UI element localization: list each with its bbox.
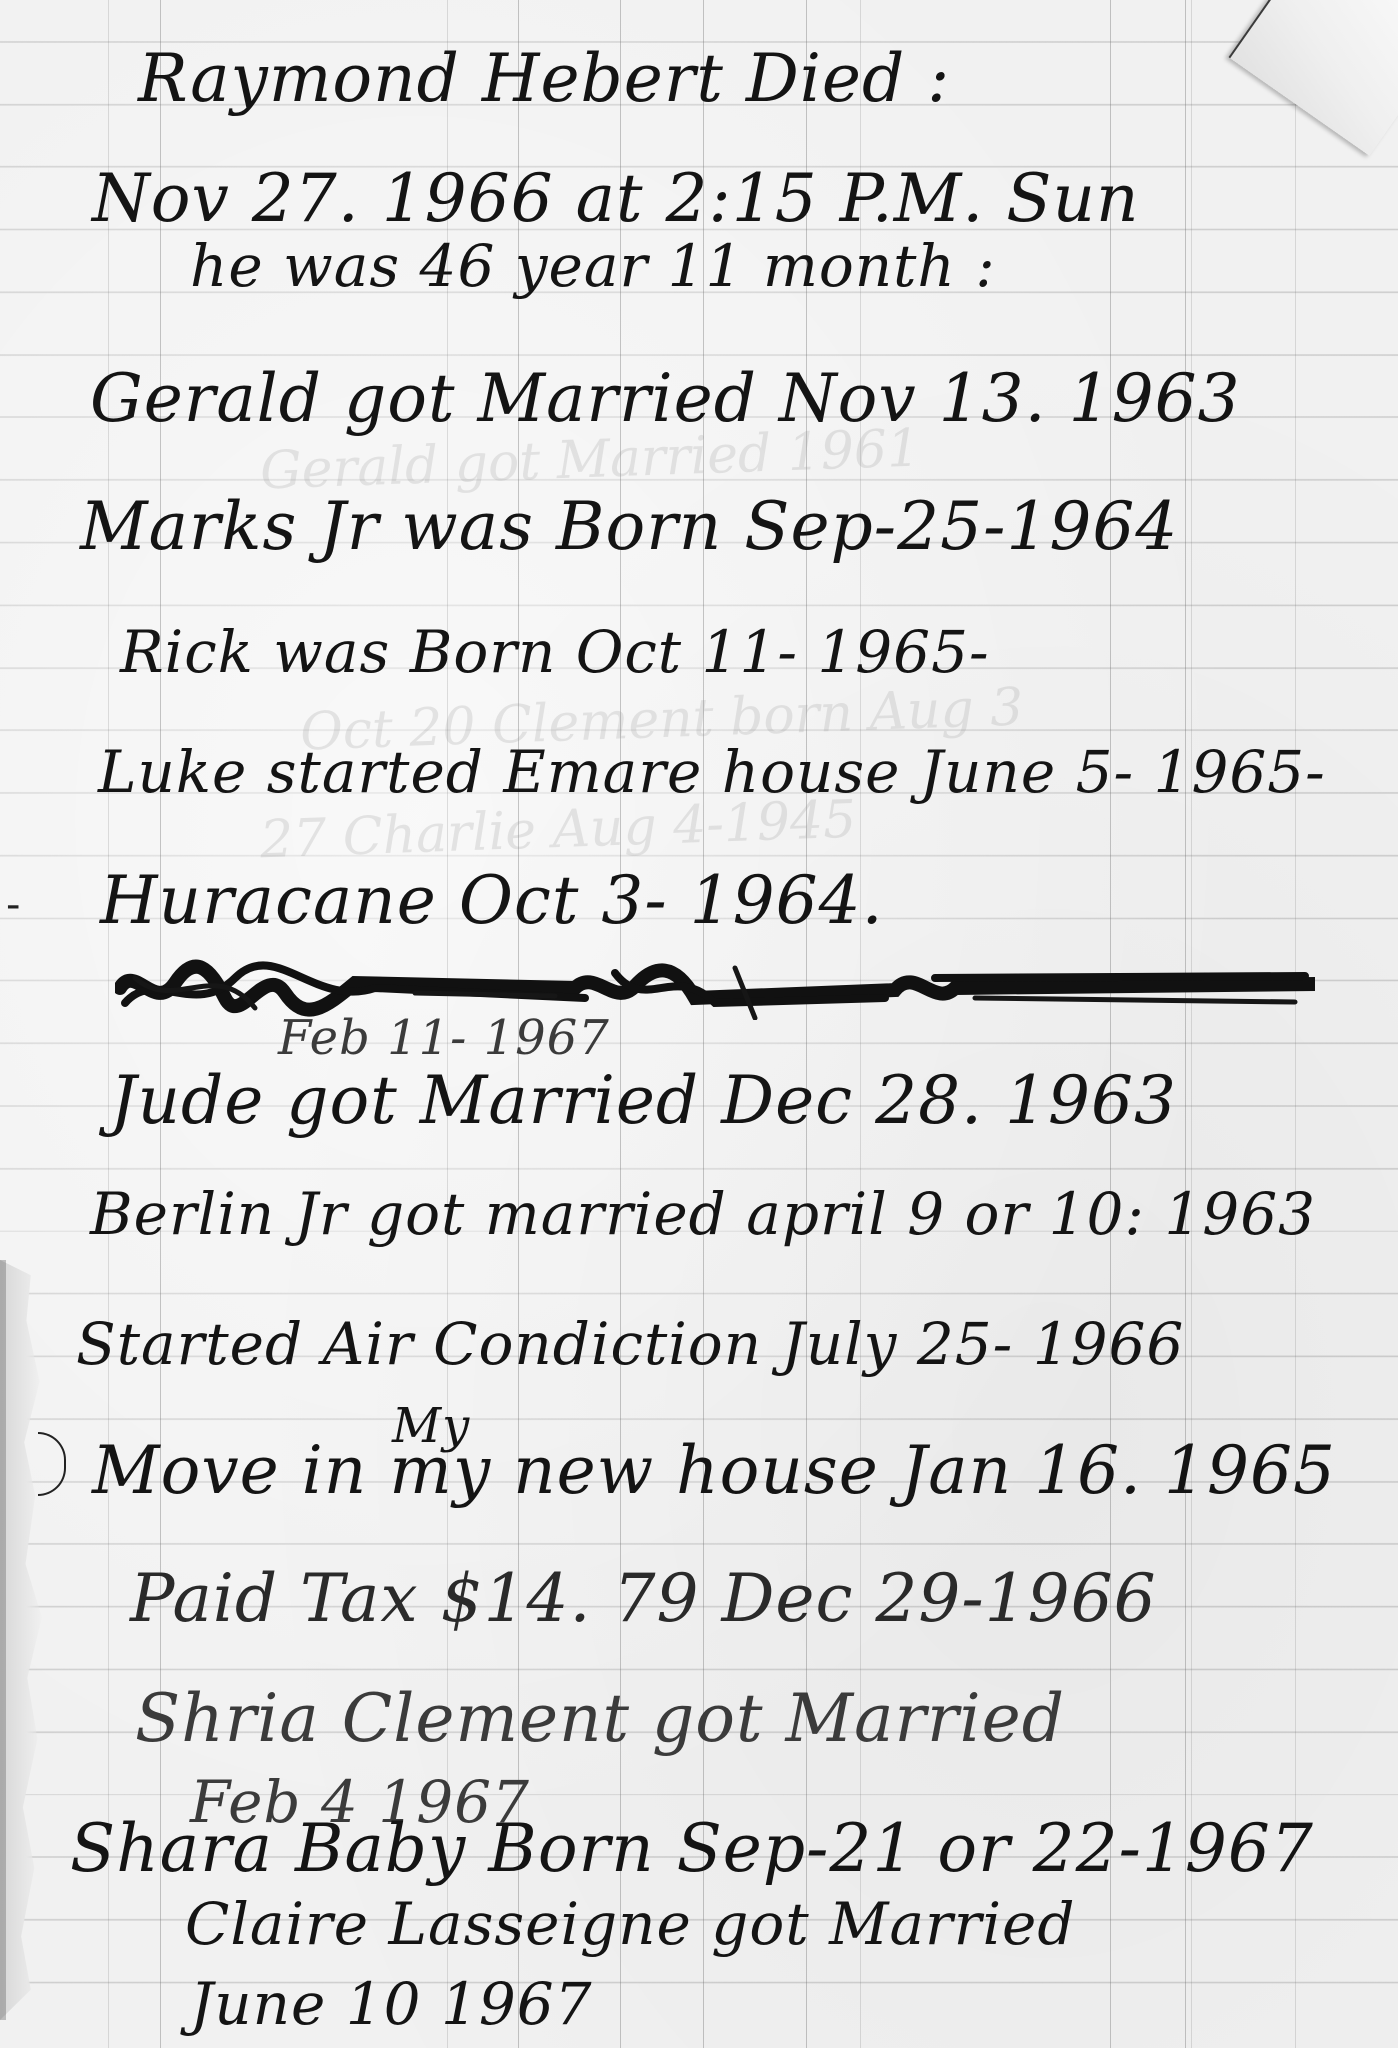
entry-claire: Claire Lasseigne got Married — [185, 1890, 1076, 1958]
entry-move: Move in my new house Jan 16. 1965 — [92, 1432, 1336, 1509]
entry-tax: Paid Tax $14. 79 Dec 29-1966 — [130, 1560, 1157, 1637]
margin-dash-mark: - — [6, 882, 20, 928]
folded-corner — [1229, 0, 1398, 156]
column-rule — [108, 0, 109, 2048]
entry-raymond-date: Nov 27. 1966 at 2:15 P.M. Sun — [92, 160, 1139, 237]
torn-edge — [0, 1260, 44, 2020]
entry-marks: Marks Jr was Born Sep-25-1964 — [80, 488, 1178, 565]
entry-shria: Shria Clement got Married — [135, 1680, 1065, 1757]
column-rule — [1295, 0, 1296, 2048]
torn-edge-shadow — [0, 1260, 6, 2020]
entry-jude: Jude got Married Dec 28. 1963 — [110, 1062, 1177, 1139]
entry-feb-11: Feb 11- 1967 — [278, 1010, 610, 1066]
margin-circle-mark — [38, 1432, 66, 1496]
column-rule — [1185, 0, 1186, 2048]
ledger-page: Gerald got Married 1961 Oct 20 Clement b… — [0, 0, 1398, 2048]
entry-raymond-age: he was 46 year 11 month : — [190, 232, 996, 300]
entry-claire-date: June 10 1967 — [190, 1970, 593, 2038]
entry-luke: Luke started Emare house June 5- 1965- — [98, 738, 1326, 806]
entry-gerald: Gerald got Married Nov 13. 1963 — [90, 360, 1241, 437]
entry-rick: Rick was Born Oct 11- 1965- — [120, 618, 990, 686]
entry-air: Started Air Condiction July 25- 1966 — [76, 1310, 1184, 1378]
entry-shara: Shara Baby Born Sep-21 or 22-1967 — [70, 1810, 1314, 1887]
entry-raymond-died: Raymond Hebert Died : — [138, 40, 950, 117]
column-rule — [1191, 0, 1192, 2048]
entry-berlin: Berlin Jr got married april 9 or 10: 196… — [90, 1180, 1316, 1248]
entry-huracane: Huracane Oct 3- 1964. — [100, 862, 884, 939]
column-rule — [1110, 0, 1111, 2048]
